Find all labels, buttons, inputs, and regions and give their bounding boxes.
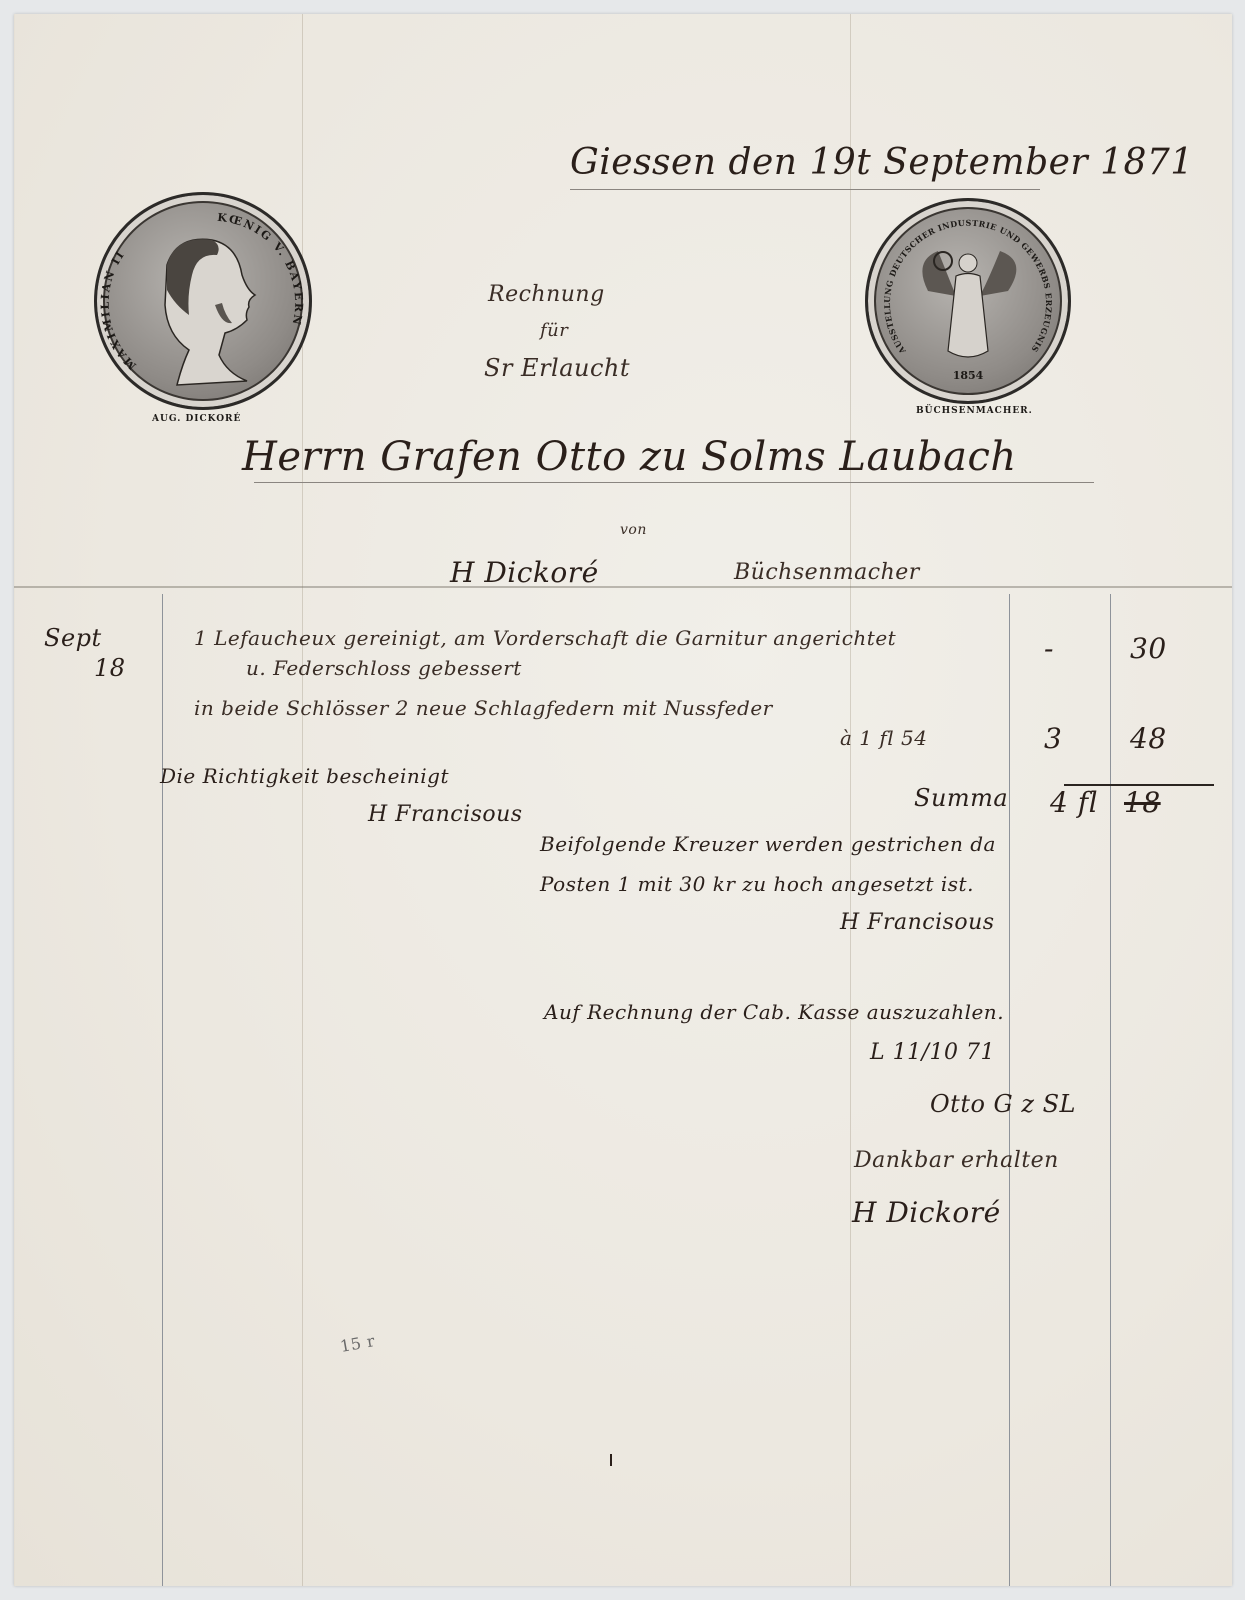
document-sheet: Giessen den 19t September 1871 MAXIMILIA…: [14, 14, 1232, 1586]
ink-mark: [610, 1454, 612, 1466]
ledger-item-1-kr: 30: [1130, 632, 1167, 665]
receipt-note: Dankbar erhalten: [854, 1148, 1059, 1173]
correction-signature: H Francisous: [840, 910, 995, 935]
recipient-name: Herrn Grafen Otto zu Solms Laubach: [242, 434, 1017, 480]
medal-caption-left: AUG. DICKORÉ: [152, 414, 241, 424]
payment-signature: Otto G z SL: [930, 1090, 1076, 1118]
horizontal-fold-rule: [14, 586, 1232, 588]
ledger-item-2-line1: in beide Schlösser 2 neue Schlagfedern m…: [194, 696, 773, 720]
medal-year: 1854: [953, 369, 984, 382]
medallion-exhibition-1854: AUSSTELLUNG DEUTSCHER INDUSTRIE UND GEWE…: [865, 198, 1071, 404]
title-rechnung: Rechnung: [488, 282, 605, 307]
svg-text:MAXIMILIAN II: MAXIMILIAN II: [99, 248, 139, 373]
medallion-maximilian: MAXIMILIAN II KŒNIG V. BAYERN: [94, 192, 312, 410]
medal-caption-right: BÜCHSENMACHER.: [916, 406, 1033, 416]
medal-ring-text-left: MAXIMILIAN II: [99, 248, 139, 373]
place-date: Giessen den 19t September 1871: [570, 142, 1194, 183]
royal-portrait-icon: MAXIMILIAN II KŒNIG V. BAYERN: [97, 195, 309, 407]
correction-note-line2: Posten 1 mit 30 kr zu hoch angesetzt ist…: [540, 872, 974, 896]
ledger-date-day: 18: [94, 654, 126, 682]
ledger-item-2-line2: à 1 fl 54: [840, 726, 927, 750]
sender-title: Büchsenmacher: [734, 560, 920, 585]
angel-emblem-icon: AUSSTELLUNG DEUTSCHER INDUSTRIE UND GEWE…: [868, 201, 1068, 401]
sum-florin: 4 fl: [1050, 786, 1098, 819]
ledger-item-2-fl: 3: [1044, 722, 1062, 755]
ledger-item-1-line1: 1 Lefaucheux gereinigt, am Vorderschaft …: [194, 626, 896, 650]
ledger-item-1-line2: u. Federschloss gebessert: [246, 656, 522, 680]
receipt-signature: H Dickoré: [852, 1196, 1001, 1229]
ledger-item-2-kr: 48: [1130, 722, 1167, 755]
sum-kreuzer-struck: 18: [1124, 786, 1161, 819]
date-underline: [570, 189, 1040, 190]
sum-label: Summa: [914, 784, 1008, 812]
correction-note-line1: Beifolgende Kreuzer werden gestrichen da: [540, 832, 996, 856]
sender-name: H Dickoré: [450, 556, 599, 589]
from-word: von: [620, 522, 647, 538]
recipient-underline: [254, 482, 1094, 483]
ledger-date-column-rule: [162, 594, 163, 1586]
ledger-kr-column-rule: [1110, 594, 1111, 1586]
ledger-date-month: Sept: [44, 624, 102, 652]
verification-signature: H Francisous: [368, 802, 523, 827]
verification-note: Die Richtigkeit bescheinigt: [160, 764, 449, 788]
fold-line: [850, 14, 851, 1586]
title-fuer: für: [540, 320, 568, 341]
title-erlaucht: Sr Erlaucht: [484, 354, 630, 382]
ledger-item-1-fl: -: [1044, 632, 1054, 665]
payment-order: Auf Rechnung der Cab. Kasse auszuzahlen.: [544, 1000, 1004, 1024]
payment-date: L 11/10 71: [870, 1040, 995, 1065]
pencil-mark: 15 r: [339, 1331, 377, 1356]
